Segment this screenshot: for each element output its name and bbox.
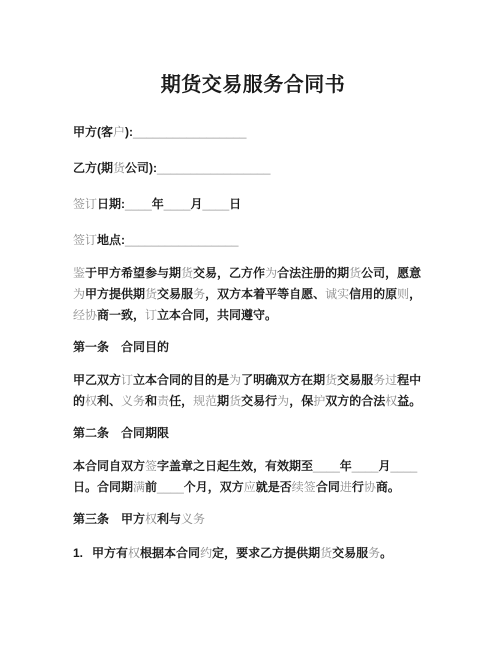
article-2-paragraph: 本合同自双方签字盖章之日起生效，有效期至____年____月____日。合同期满… bbox=[73, 456, 433, 498]
blank-underline: ____ bbox=[352, 459, 379, 473]
text-run: 行 bbox=[352, 480, 364, 494]
text-run: 进 bbox=[340, 480, 352, 494]
text-run: 定，要求乙方提供期 bbox=[212, 546, 320, 560]
blank-underline: ____ bbox=[313, 459, 340, 473]
text-run: 责 bbox=[157, 394, 169, 408]
text-run: 甲方(客 bbox=[73, 125, 113, 139]
blank-underline: _________________ bbox=[133, 125, 246, 139]
text-run: 立本合同的目的是 bbox=[133, 373, 229, 387]
text-run: 权 bbox=[385, 394, 397, 408]
text-run: 合法注册的期 bbox=[277, 266, 349, 280]
text-run: 护 bbox=[313, 394, 325, 408]
text-run: 货 bbox=[349, 266, 361, 280]
text-run: 前 bbox=[145, 480, 157, 494]
text-run: 甲乙双方 bbox=[73, 373, 121, 387]
text-run: 根据本合同 bbox=[140, 546, 200, 560]
text-run: 任， bbox=[169, 394, 193, 408]
text-run: 签订 bbox=[73, 197, 97, 211]
text-run: 个月，双方 bbox=[184, 480, 244, 494]
text-run: 交易服 bbox=[332, 546, 368, 560]
text-run: 乙方(期 bbox=[73, 161, 113, 175]
contract-document: 期货交易服务合同书 甲方(客户):_________________乙方(期货公… bbox=[0, 0, 500, 647]
text-run: ，双方本着平等自愿、 bbox=[205, 287, 325, 301]
text-run: 和 bbox=[145, 394, 157, 408]
text-run: 月 bbox=[190, 197, 202, 211]
text-run: 交易服 bbox=[157, 287, 193, 301]
text-run: 货 bbox=[325, 373, 337, 387]
text-run: 商。 bbox=[376, 480, 400, 494]
text-run: 权 bbox=[128, 546, 140, 560]
text-run: 公司): bbox=[125, 161, 157, 175]
text-run: 日期: bbox=[97, 197, 125, 211]
text-run: 权 bbox=[145, 512, 157, 526]
blank-underline: ____ bbox=[164, 197, 191, 211]
text-run: 货 bbox=[229, 394, 241, 408]
text-run: 订 bbox=[121, 373, 133, 387]
text-run: 第二条 合同期限 bbox=[73, 426, 169, 440]
text-run: 货 bbox=[181, 266, 193, 280]
text-run: 货 bbox=[145, 287, 157, 301]
text-run: 交易，乙方作 bbox=[193, 266, 265, 280]
blank-underline: ____ bbox=[202, 197, 229, 211]
text-run: 地点: bbox=[97, 233, 125, 247]
text-run: 双方的合法 bbox=[325, 394, 385, 408]
blank-underline: _________________ bbox=[157, 161, 270, 175]
text-run: 鉴 bbox=[73, 266, 85, 280]
blank-underline: ____ bbox=[125, 197, 152, 211]
text-run: 货 bbox=[320, 546, 332, 560]
text-run: 字盖章之日起生效，有效期至 bbox=[157, 459, 313, 473]
text-run: 约 bbox=[200, 546, 212, 560]
text-run: 本合同自双方 bbox=[73, 459, 145, 473]
article-3-heading: 第三条 甲方权利与义务 bbox=[73, 511, 433, 527]
text-run: 经协 bbox=[73, 308, 97, 322]
contract-body: 甲方(客户):_________________乙方(期货公司):_______… bbox=[73, 124, 433, 564]
document-title: 期货交易服务合同书 bbox=[73, 70, 433, 100]
text-run: 货 bbox=[113, 161, 125, 175]
text-run: 期 bbox=[217, 394, 229, 408]
text-run: 签 bbox=[145, 459, 157, 473]
article-2-heading: 第二条 合同期限 bbox=[73, 425, 433, 441]
text-run: 规范 bbox=[193, 394, 217, 408]
text-run: 第一条 合同目的 bbox=[73, 340, 169, 354]
text-run: 续签 bbox=[292, 480, 316, 494]
text-run: 满 bbox=[133, 480, 145, 494]
text-run: 义务 bbox=[121, 394, 145, 408]
text-run: 商一致， bbox=[97, 308, 145, 322]
text-run: 务 bbox=[368, 546, 380, 560]
text-run: 日 bbox=[229, 197, 241, 211]
text-run: 年 bbox=[152, 197, 164, 211]
text-run: 协 bbox=[364, 480, 376, 494]
text-run: 益。 bbox=[397, 394, 421, 408]
text-run: 第三条 甲方 bbox=[73, 512, 145, 526]
article-1-paragraph: 甲乙双方订立本合同的目的是为了明确双方在期货交易服务过程中的权利、义务和责任，规… bbox=[73, 370, 433, 412]
text-run: 月 bbox=[378, 459, 390, 473]
text-run: 为 bbox=[229, 373, 241, 387]
text-run: ， bbox=[409, 287, 421, 301]
text-run: ): bbox=[125, 125, 133, 139]
party-b-field: 乙方(期货公司):_________________ bbox=[73, 160, 433, 176]
text-run: ，保 bbox=[289, 394, 313, 408]
text-run: 诚实 bbox=[325, 287, 349, 301]
blank-underline: _________________ bbox=[125, 233, 238, 247]
text-run: 为 bbox=[265, 266, 277, 280]
text-run: 利与 bbox=[157, 512, 181, 526]
blank-underline: ____ bbox=[390, 459, 417, 473]
article-3-item-1: 1.甲方有权根据本合同约定，要求乙方提供期货交易服务。 bbox=[73, 543, 433, 564]
text-run: 为 bbox=[277, 394, 289, 408]
text-run: 务过 bbox=[373, 373, 397, 387]
preamble-paragraph: 鉴于甲方希望参与期货交易，乙方作为合法注册的期货公司，愿意为甲方提供期货交易服务… bbox=[73, 263, 433, 326]
text-run: 于甲方希望参与期 bbox=[85, 266, 181, 280]
text-run: 交易行 bbox=[241, 394, 277, 408]
blank-underline: ____ bbox=[157, 480, 184, 494]
text-run: 了明确双方在期 bbox=[241, 373, 325, 387]
text-run: 公司，愿意 bbox=[361, 266, 421, 280]
text-run: 1. bbox=[73, 546, 83, 560]
text-run: 权 bbox=[85, 394, 97, 408]
party-a-field: 甲方(客户):_________________ bbox=[73, 124, 433, 140]
text-run: 甲方有 bbox=[92, 546, 128, 560]
text-run: 信用的原 bbox=[349, 287, 397, 301]
text-run: 年 bbox=[340, 459, 352, 473]
text-run: 义务 bbox=[181, 512, 205, 526]
text-run: 订 bbox=[145, 308, 157, 322]
text-run: 务 bbox=[193, 287, 205, 301]
text-run: 立本合同，共同遵守。 bbox=[157, 308, 277, 322]
article-1-heading: 第一条 合同目的 bbox=[73, 339, 433, 355]
text-run: 日。合同期 bbox=[73, 480, 133, 494]
text-run: 就是否 bbox=[256, 480, 292, 494]
text-run: 利、 bbox=[97, 394, 121, 408]
text-run: 。 bbox=[380, 546, 392, 560]
text-run: 交易服 bbox=[337, 373, 373, 387]
text-run: 户 bbox=[113, 125, 125, 139]
text-run: 为 bbox=[73, 287, 85, 301]
text-run: 签订 bbox=[73, 233, 97, 247]
text-run: 则 bbox=[397, 287, 409, 301]
signing-place-field: 签订地点:_________________ bbox=[73, 232, 433, 248]
text-run: 合同 bbox=[316, 480, 340, 494]
text-run: 应 bbox=[244, 480, 256, 494]
signing-date-field: 签订日期:____年____月____日 bbox=[73, 196, 433, 212]
text-run: 甲方提供期 bbox=[85, 287, 145, 301]
